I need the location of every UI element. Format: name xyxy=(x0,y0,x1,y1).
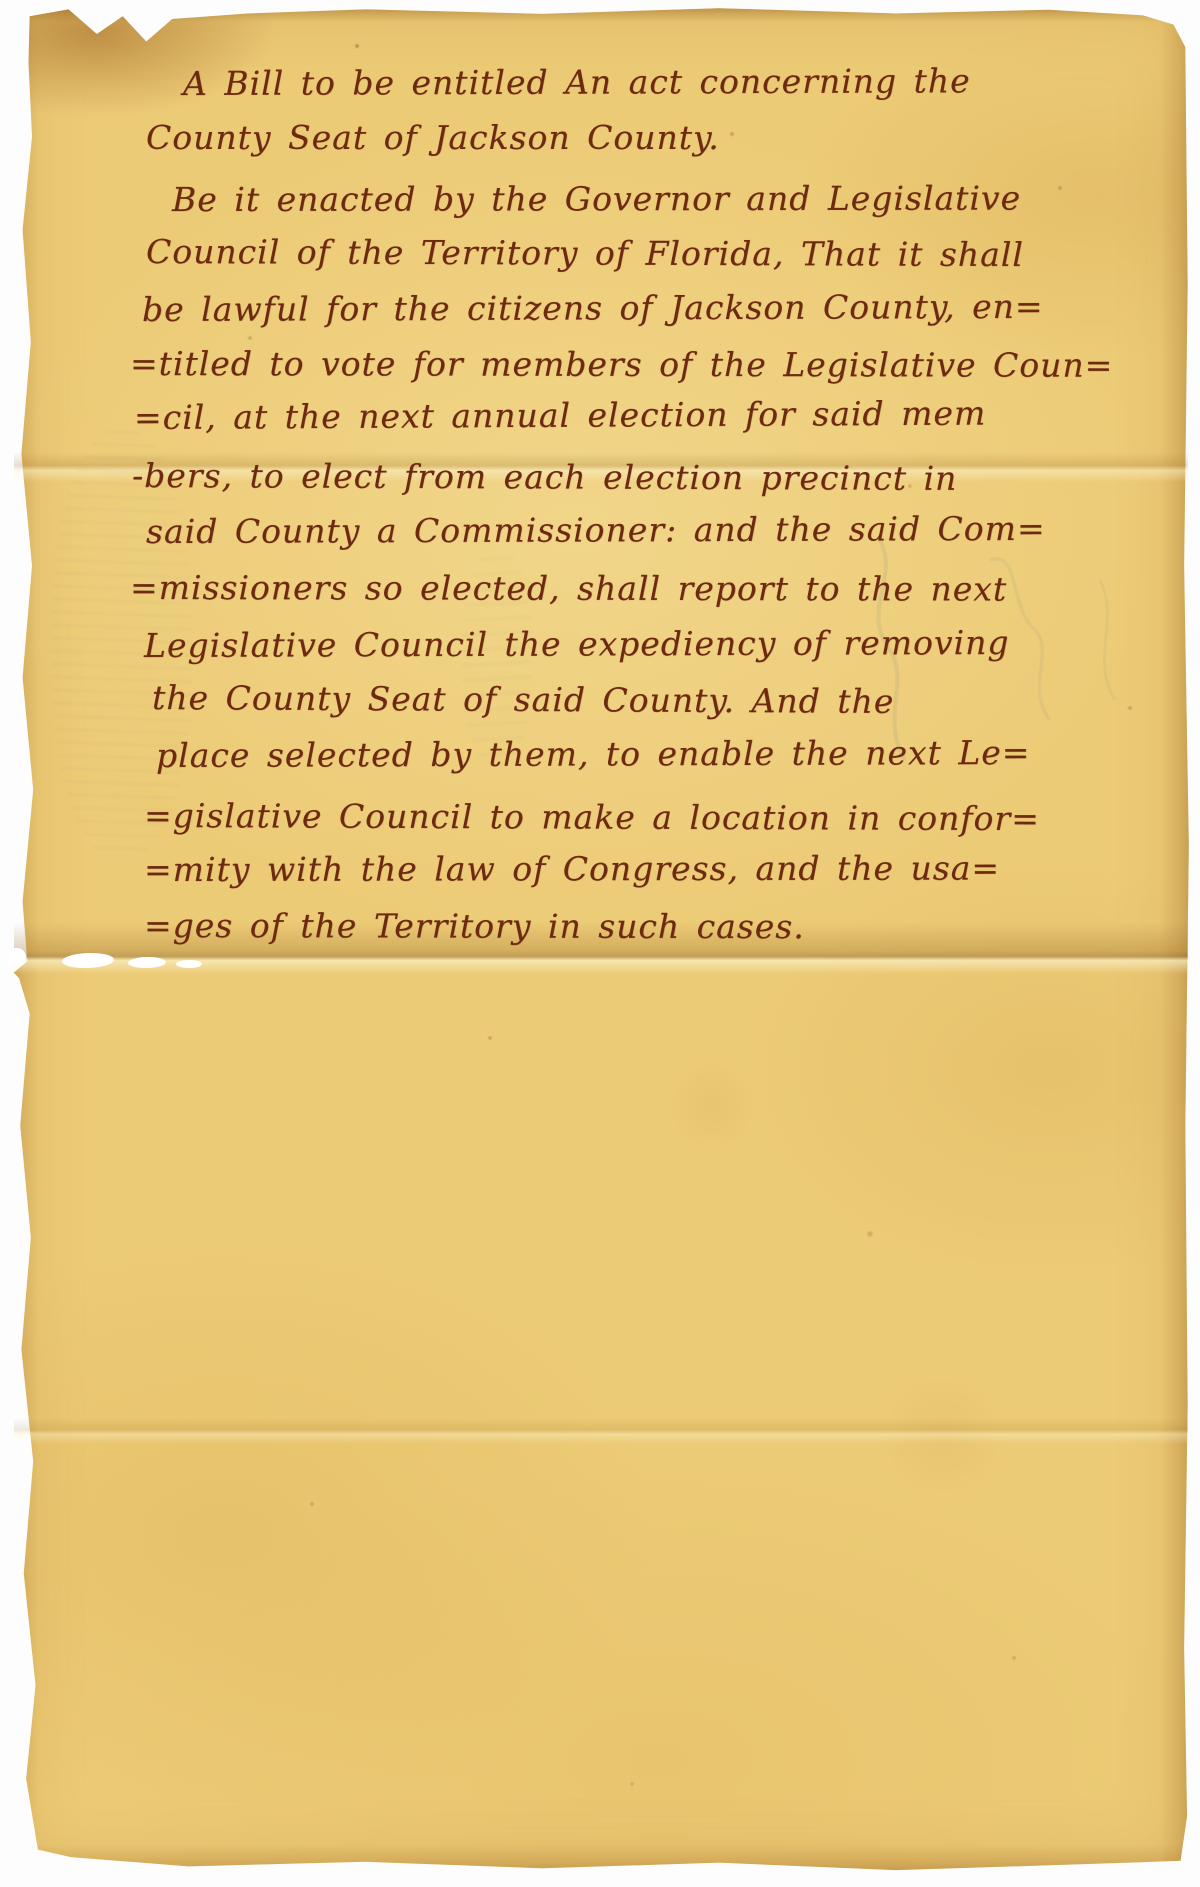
manuscript-line: -bers, to elect from each election preci… xyxy=(132,456,957,498)
tear-hole xyxy=(10,948,26,966)
manuscript-line: the County Seat of said County. And the xyxy=(152,678,895,721)
manuscript-line: be lawful for the citizens of Jackson Co… xyxy=(142,287,1044,329)
manuscript-line: =cil, at the next annual election for sa… xyxy=(134,394,986,437)
manuscript-line: County Seat of Jackson County. xyxy=(146,118,720,157)
manuscript-line: said County a Commissioner: and the said… xyxy=(146,509,1046,551)
manuscript-line: Council of the Territory of Florida, Tha… xyxy=(146,232,1024,274)
manuscript-line: =ges of the Territory in such cases. xyxy=(144,906,805,946)
document-scan: A Bill to be entitled An act concerning … xyxy=(0,0,1200,1887)
manuscript-line: =titled to vote for members of the Legis… xyxy=(130,344,1113,385)
manuscript-line: =gislative Council to make a location in… xyxy=(144,796,1040,838)
manuscript-line: A Bill to be entitled An act concerning … xyxy=(183,61,971,103)
manuscript-line: =mity with the law of Congress, and the … xyxy=(144,849,1000,889)
manuscript-line: Be it enacted by the Governor and Legisl… xyxy=(172,179,1021,219)
manuscript-line: =missioners so elected, shall report to … xyxy=(130,568,1007,609)
manuscript-line: Legislative Council the expediency of re… xyxy=(144,623,1010,665)
manuscript-line: place selected by them, to enable the ne… xyxy=(156,733,1031,775)
